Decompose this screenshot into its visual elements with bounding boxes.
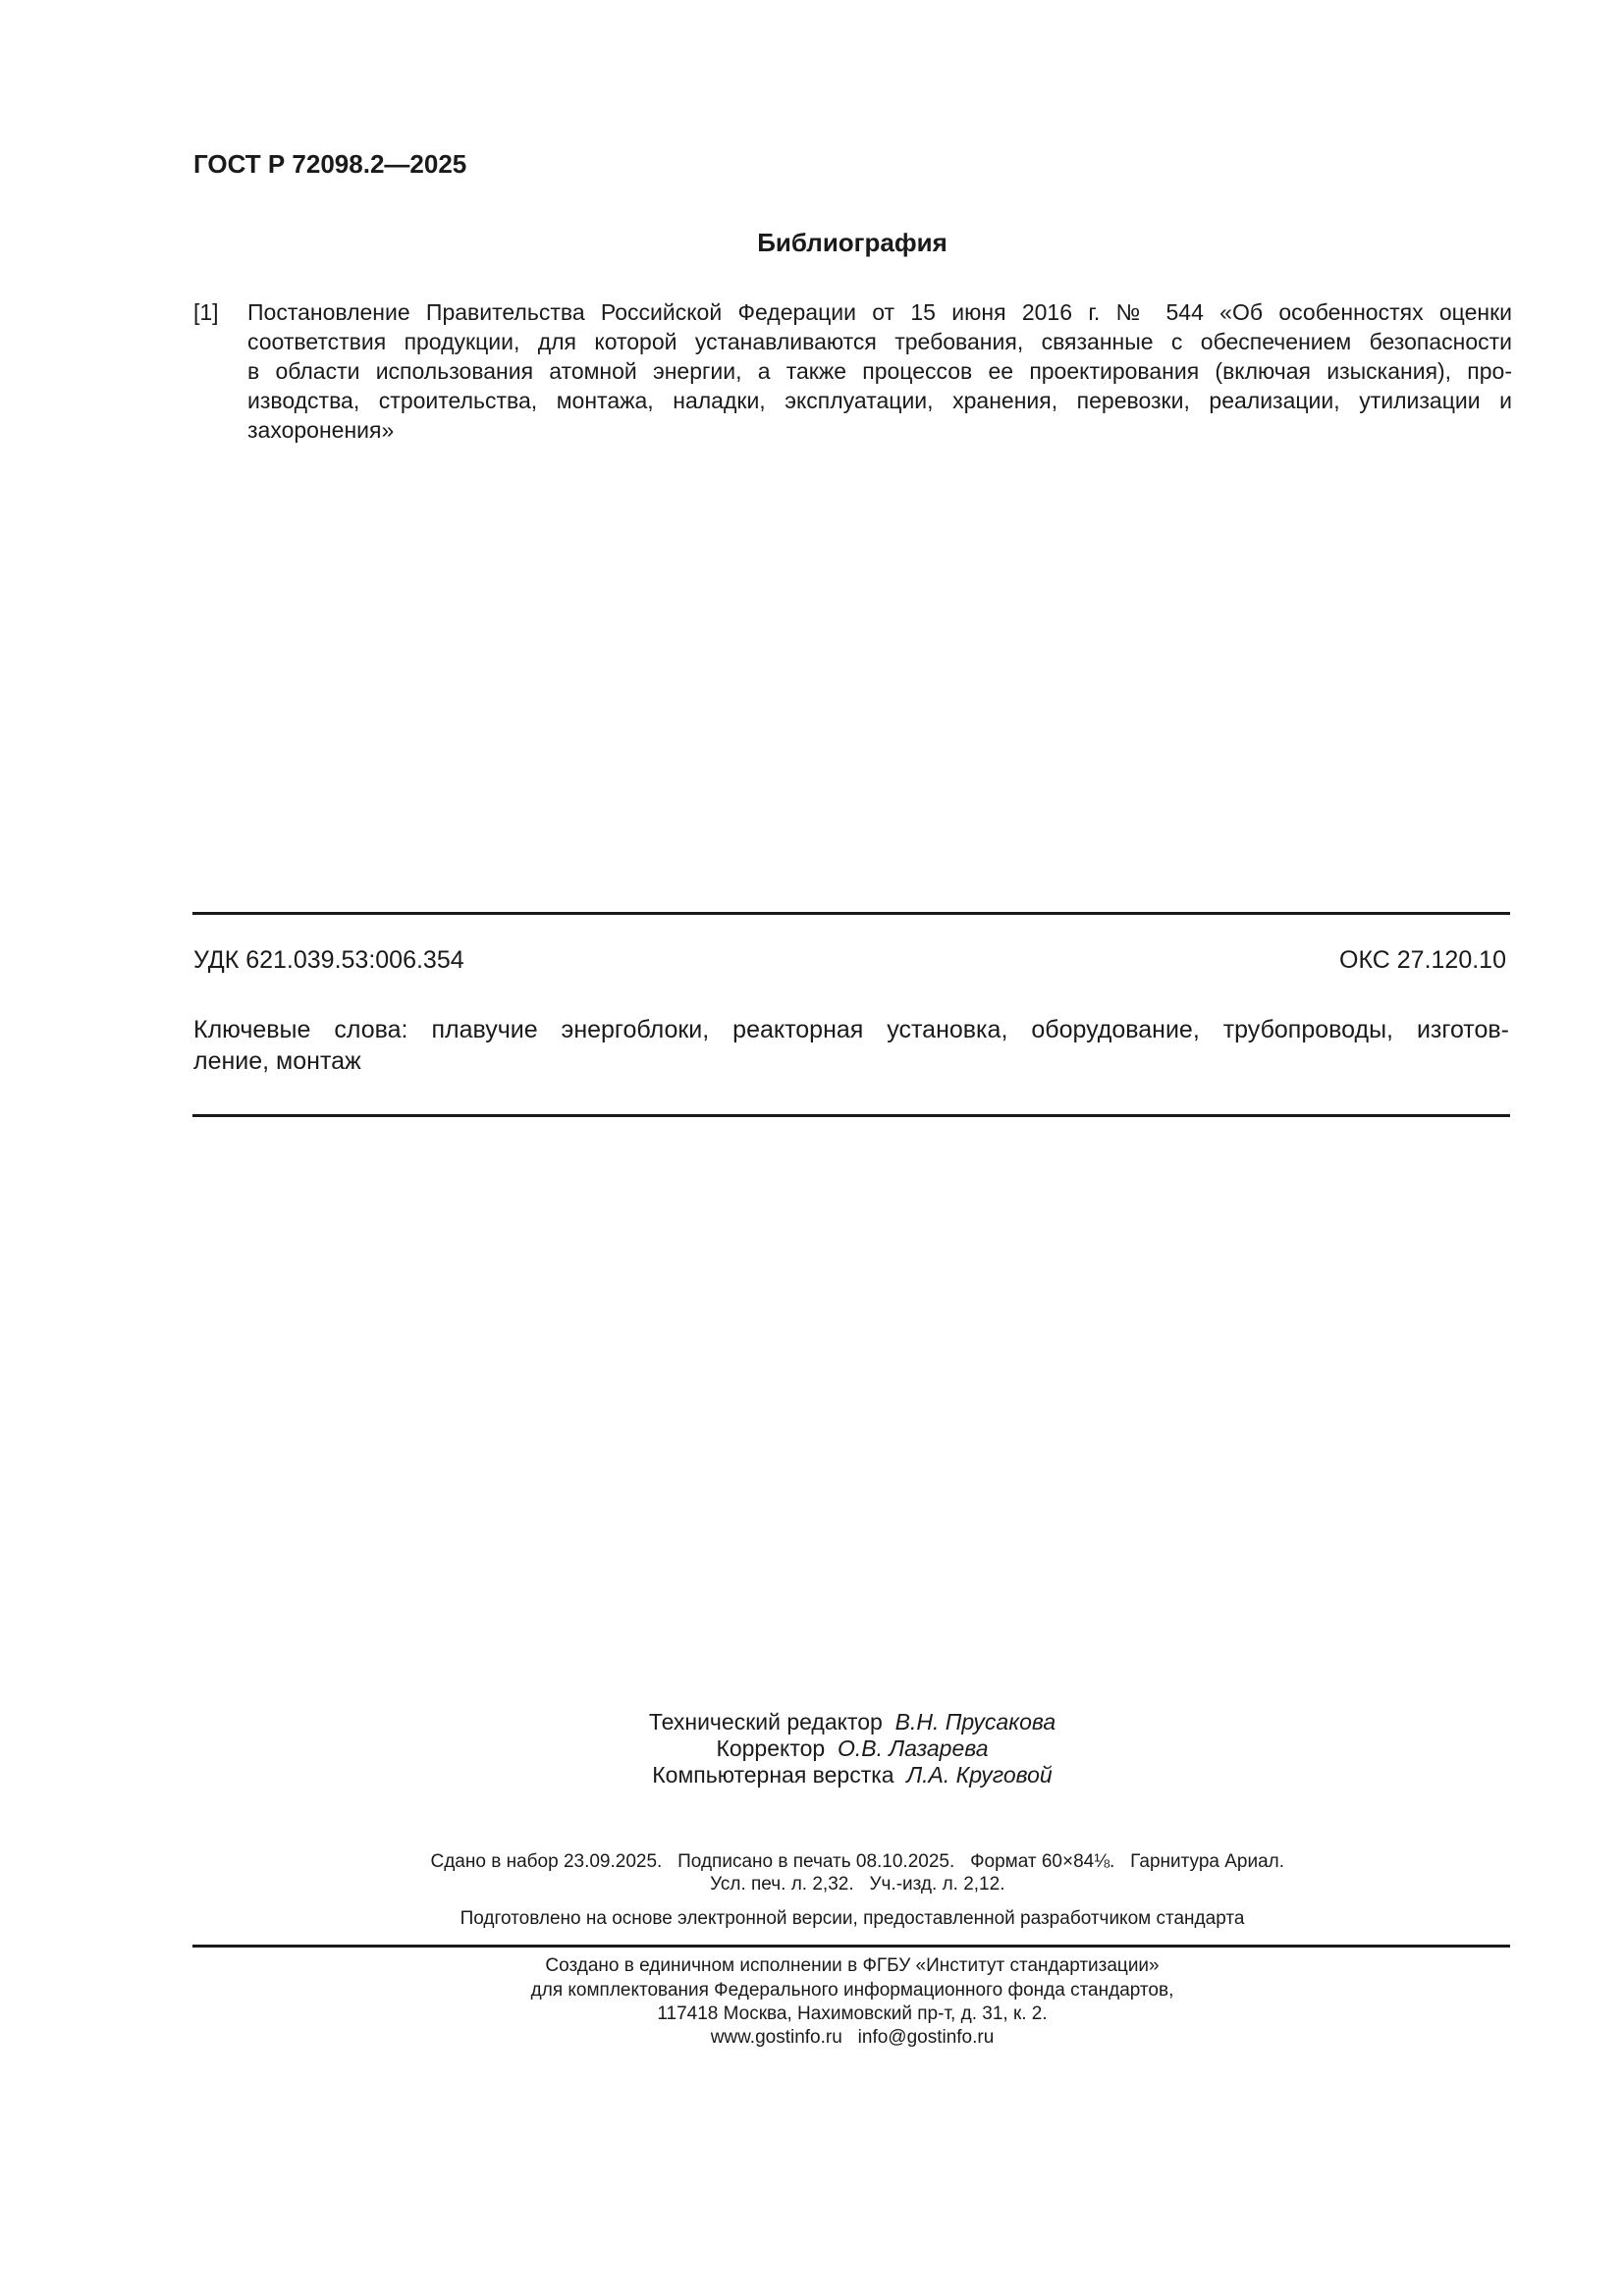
credit-layout: Компьютерная верстка Л.А. Круговой xyxy=(192,1762,1512,1789)
oks-code: ОКС 27.120.10 xyxy=(1339,946,1506,975)
credit-name: В.Н. Прусакова xyxy=(895,1709,1056,1735)
credit-role: Корректор xyxy=(716,1735,825,1761)
keywords-line: Ключевые слова: плавучие энергоблоки, ре… xyxy=(193,1016,1509,1044)
entry-line: Постановление Правительства Российской Ф… xyxy=(247,299,1512,326)
email-link[interactable]: info@gostinfo.ru xyxy=(858,2027,995,2048)
credit-technical-editor: Технический редактор В.Н. Прусакова xyxy=(192,1709,1512,1735)
credit-proofreader: Корректор О.В. Лазарева xyxy=(192,1735,1512,1762)
divider-bottom xyxy=(192,1114,1510,1117)
credit-name: Л.А. Круговой xyxy=(906,1762,1052,1788)
imprint-line: 117418 Москва, Нахимовский пр-т, д. 31, … xyxy=(192,2003,1512,2025)
entry-line: изводства, строительства, монтажа, налад… xyxy=(247,388,1512,414)
bibliography-title: Библиография xyxy=(192,228,1512,258)
udk-code: УДК 621.039.53:006.354 xyxy=(193,946,464,975)
publishing-line: Усл. печ. л. 2,32. Уч.-изд. л. 2,12. xyxy=(710,1874,1004,1895)
imprint-contacts: www.gostinfo.ru info@gostinfo.ru xyxy=(192,2027,1512,2049)
entry-line: захоронения» xyxy=(247,417,394,444)
standard-code: ГОСТ Р 72098.2—2025 xyxy=(193,149,466,180)
entry-line: соответствия продукции, для которой уста… xyxy=(247,329,1512,355)
credit-name: О.В. Лазарева xyxy=(838,1735,989,1761)
website-link[interactable]: www.gostinfo.ru xyxy=(711,2027,842,2048)
entry-line: в области использования атомной энергии,… xyxy=(247,358,1512,385)
credit-role: Компьютерная верстка xyxy=(652,1762,893,1788)
prepared-note: Подготовлено на основе электронной верси… xyxy=(192,1908,1512,1930)
imprint-line: Создано в единичном исполнении в ФГБУ «И… xyxy=(192,1955,1512,1977)
entry-marker: [1] xyxy=(193,299,219,326)
divider-top xyxy=(192,912,1510,915)
divider-imprint xyxy=(192,1945,1510,1948)
keywords-line: ление, монтаж xyxy=(193,1047,361,1076)
publishing-sheets: Усл. печ. л. 2,32. Уч.-изд. л. 2,12. xyxy=(192,1852,1512,1896)
credit-role: Технический редактор xyxy=(649,1709,883,1735)
imprint-line: для комплектования Федерального информац… xyxy=(192,1980,1512,2002)
